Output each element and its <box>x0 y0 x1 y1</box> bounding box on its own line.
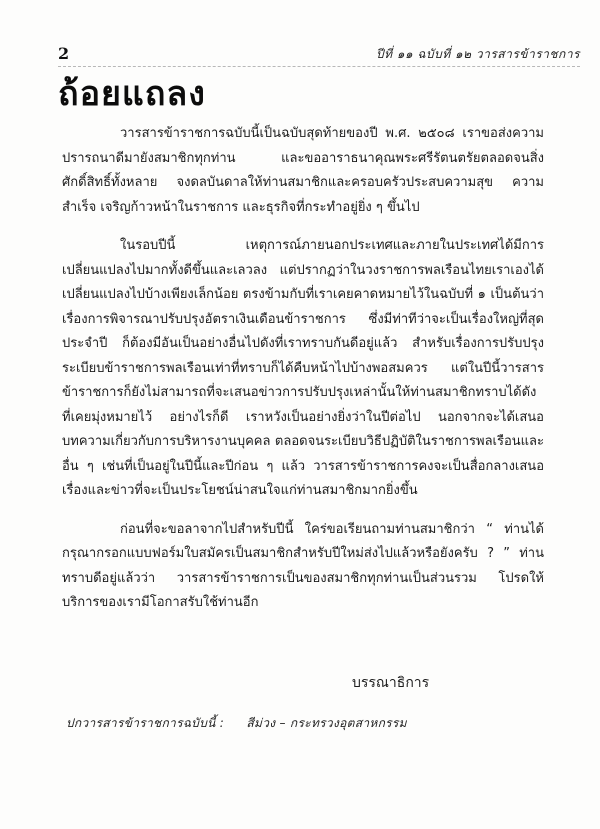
issue-info: ปีที่ ๑๑ ฉบับที่ ๑๒ วารสารข้าราชการ <box>376 45 580 64</box>
header-divider <box>58 66 580 67</box>
editor-signature: บรรณาธิการ <box>352 672 429 694</box>
document-page: 2 ปีที่ ๑๑ ฉบับที่ ๑๒ วารสารข้าราชการ ถ้… <box>0 0 600 829</box>
page-number: 2 <box>58 44 69 63</box>
running-header: 2 ปีที่ ๑๑ ฉบับที่ ๑๒ วารสารข้าราชการ <box>58 44 580 64</box>
article-title: ถ้อยแถลง <box>58 74 206 114</box>
article-body: วารสารข้าราชการฉบับนี้เป็นฉบับสุดท้ายของ… <box>62 122 544 630</box>
paragraph-1: วารสารข้าราชการฉบับนี้เป็นฉบับสุดท้ายของ… <box>62 122 544 220</box>
cover-note: ปกวารสารข้าราชการฉบับนี้ : สีม่วง – กระท… <box>66 714 407 733</box>
paragraph-3: ก่อนที่จะขอลาจากไปสำหรับปีนี้ ใคร่ขอเรีย… <box>62 518 544 616</box>
cover-note-value: สีม่วง – กระทรวงอุตสาหกรรม <box>246 716 407 730</box>
paragraph-2: ในรอบปีนี้ เหตุการณ์ภายนอกประเทศและภายใน… <box>62 234 544 504</box>
cover-note-label: ปกวารสารข้าราชการฉบับนี้ : <box>66 716 224 730</box>
